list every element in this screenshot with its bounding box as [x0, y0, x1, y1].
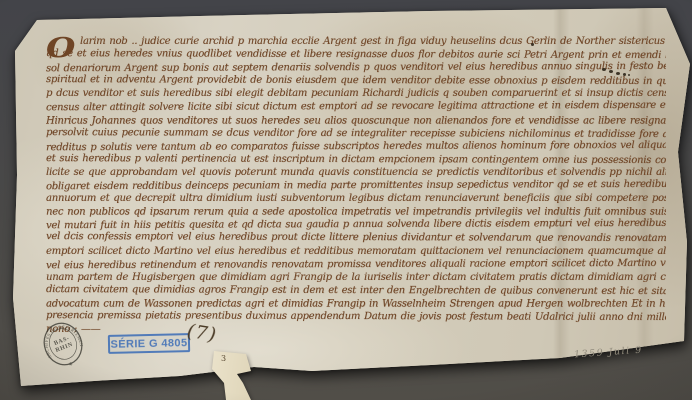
- ink-speck: [531, 43, 534, 46]
- manuscript-line: emptori scilicet dicto Martino vel eius …: [46, 245, 666, 258]
- manuscript-line: presencia premissa pietatis presentibus …: [46, 309, 666, 324]
- parchment-surface: O larim nob .. judice curie archid p mar…: [0, 0, 692, 400]
- ink-speck: [616, 72, 620, 75]
- manuscript-line: et suis heredibus p valenti pertinencia …: [46, 152, 666, 167]
- series-stamp: SÉRIE G 4805: [108, 333, 190, 354]
- manuscript-text-block: larim nob .. judice curie archid p march…: [46, 35, 666, 336]
- manuscript-line: unam partem de Hugisbergen que dimidiam …: [46, 271, 666, 284]
- manuscript-line: qd se et eius heredes vnius quodlibet ve…: [46, 47, 666, 62]
- manuscript-line: nec non publicos qd ipsarum rerum quia a…: [46, 206, 666, 219]
- manuscript-line: p dcus venditor et suis heredibus sibi e…: [46, 87, 666, 100]
- ink-speck: [628, 74, 630, 76]
- manuscript-line: sol denariorum Argent sup bonis aut sept…: [46, 60, 666, 75]
- manuscript-line: larim nob .. judice curie archid p march…: [46, 35, 666, 48]
- ink-speck: [609, 70, 613, 73]
- seal-tag-strip: [204, 349, 258, 400]
- manuscript-line: annuorum et que decrepit ultra dimidium …: [46, 192, 666, 205]
- oval-stamp-star: ✱: [68, 361, 74, 367]
- manuscript-line: Hinricus Johannes quos venditores ut suo…: [46, 114, 666, 127]
- manuscript-line: obligaret eisdem redditibus deinceps pec…: [46, 178, 666, 193]
- manuscript-line: dictam civitatem que dimidias agros Fran…: [46, 283, 666, 298]
- manuscript-line: redditus p solutis vere tantum ab eo com…: [46, 139, 666, 154]
- seal-tag: 3: [204, 349, 258, 400]
- manuscript-line: vel eius heredibus retinendum et renovan…: [46, 256, 666, 271]
- manuscript-line: vel dcis confessis emptori vel eius here…: [46, 230, 666, 245]
- tag-number: 3: [221, 354, 226, 363]
- item-number-annotation: (7): [185, 320, 218, 346]
- manuscript-lines: larim nob .. judice curie archid p march…: [46, 35, 666, 336]
- manuscript-line: persolvit cuius pecunie summam se dcus v…: [46, 126, 666, 141]
- ink-speck: [602, 68, 606, 71]
- manuscript-line: licite se que approbandam vel quovis pot…: [46, 166, 666, 179]
- manuscript-line: census alter attingit solvere licite sib…: [46, 99, 666, 114]
- manuscript-line: spiritual et in adventu Argent providebi…: [46, 73, 666, 88]
- manuscript-initial-letter: O: [46, 33, 75, 64]
- manuscript-line: advocatum cum de Wassonen predictas agri…: [46, 297, 666, 310]
- parchment-charter: O larim nob .. judice curie archid p mar…: [0, 0, 692, 400]
- photo-stage: O larim nob .. judice curie archid p mar…: [0, 0, 692, 400]
- manuscript-line: vel mutari fuit in hiis petitis quesita …: [46, 217, 666, 232]
- series-stamp-label: SÉRIE G 4805: [110, 337, 187, 351]
- ink-speck: [623, 73, 626, 76]
